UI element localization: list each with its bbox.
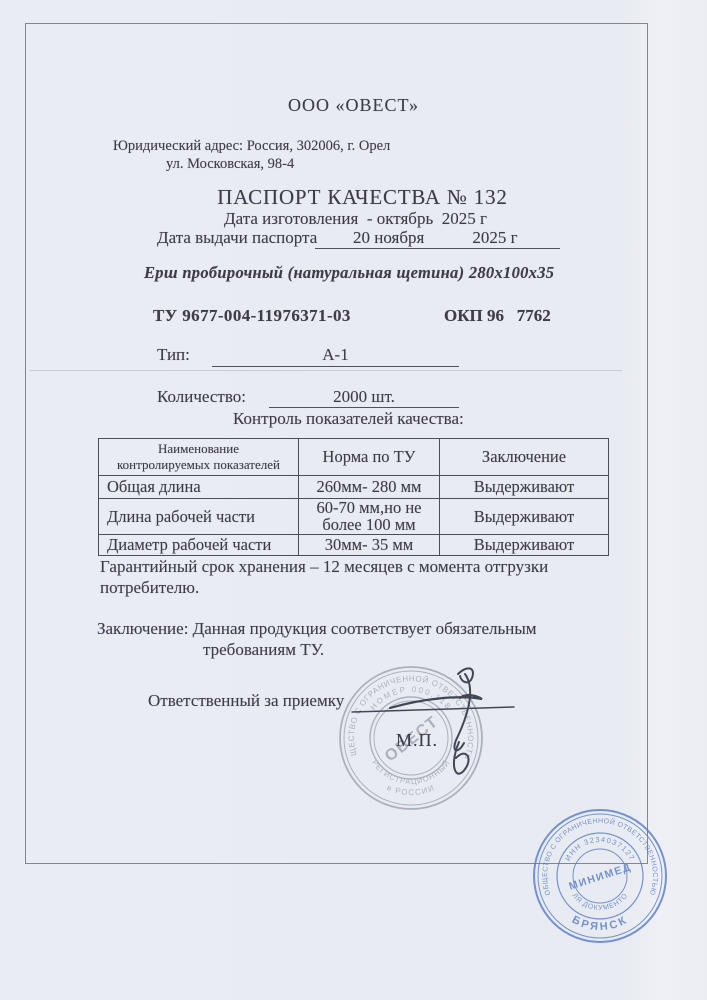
document-page: ООО «ОВЕСТ» Юридический адрес: Россия, 3… [0, 0, 707, 1000]
type-label: Тип: [157, 345, 190, 365]
issue-date-label: Дата выдачи паспорта [157, 228, 317, 248]
row-parameter: Длина рабочей части [99, 499, 299, 535]
row-norm: 260мм- 280 мм [299, 476, 440, 499]
tu-number: ТУ 9677-004-11976371-03 [153, 306, 351, 326]
responsible-label: Ответственный за приемку [148, 691, 344, 711]
signature-line [352, 707, 514, 712]
document-title: ПАСПОРТ КАЧЕСТВА № 132 [18, 185, 707, 210]
table-row: Диаметр рабочей части 30мм- 35 мм Выдерж… [99, 534, 609, 555]
table-header-row: Наименование контролируемых показателей … [99, 439, 609, 476]
row-result: Выдерживают [440, 534, 609, 555]
company-name: ООО «ОВЕСТ» [0, 95, 707, 116]
row-result: Выдерживают [440, 499, 609, 535]
table-header-conclusion: Заключение [440, 439, 609, 476]
table-row: Общая длина 260мм- 280 мм Выдерживают [99, 476, 609, 499]
table-row: Длина рабочей части 60-70 мм,но не более… [99, 499, 609, 535]
type-value-underline: А-1 [212, 345, 459, 367]
legal-address-line1: Юридический адрес: Россия, 302006, г. Ор… [113, 138, 390, 155]
okp-code: ОКП 96 7762 [444, 306, 551, 326]
warranty-line2: потребителю. [100, 578, 199, 598]
row-norm: 60-70 мм,но не более 100 мм [299, 499, 440, 535]
quantity-value-underline: 2000 шт. [269, 387, 459, 408]
minimed-round-stamp-icon: ОБЩЕСТВО С ОГРАНИЧЕННОЙ ОТВЕТСТВЕННОСТЬЮ… [531, 807, 669, 945]
issue-date-year: 2025 г [472, 228, 517, 248]
quantity-label: Количество: [157, 387, 246, 407]
product-name: Ерш пробирочный (натуральная щетина) 280… [144, 263, 554, 283]
stamp-place-label: М.П. [396, 730, 438, 751]
table-header-name: Наименование контролируемых показателей [99, 439, 299, 476]
manufacture-date-line: Дата изготовления - октябрь 2025 г [224, 209, 487, 229]
row-parameter: Диаметр рабочей части [99, 534, 299, 555]
row-parameter: Общая длина [99, 476, 299, 499]
quality-table: Наименование контролируемых показателей … [98, 438, 609, 556]
issue-date-value: 20 ноября [353, 228, 424, 248]
control-heading: Контроль показателей качества: [233, 409, 464, 429]
table-header-norm: Норма по ТУ [299, 439, 440, 476]
type-value: А-1 [322, 345, 348, 364]
conclusion-line1: Заключение: Данная продукция соответству… [97, 619, 537, 639]
row-result: Выдерживают [440, 476, 609, 499]
quantity-value: 2000 шт. [333, 387, 395, 406]
issue-date-underline: 20 ноября 2025 г [315, 228, 560, 249]
table-header-name-line1: Наименование [101, 441, 296, 457]
warranty-line1: Гарантийный срок хранения – 12 месяцев с… [100, 557, 548, 577]
blue-stamp-center-text: МИНИМЕД [567, 861, 633, 893]
table-header-name-line2: контролируемых показателей [101, 457, 296, 473]
legal-address-line2: ул. Московская, 98-4 [166, 156, 294, 173]
conclusion-line2: требованиям ТУ. [203, 640, 324, 660]
row-norm: 30мм- 35 мм [299, 534, 440, 555]
section-divider-line [30, 370, 622, 371]
